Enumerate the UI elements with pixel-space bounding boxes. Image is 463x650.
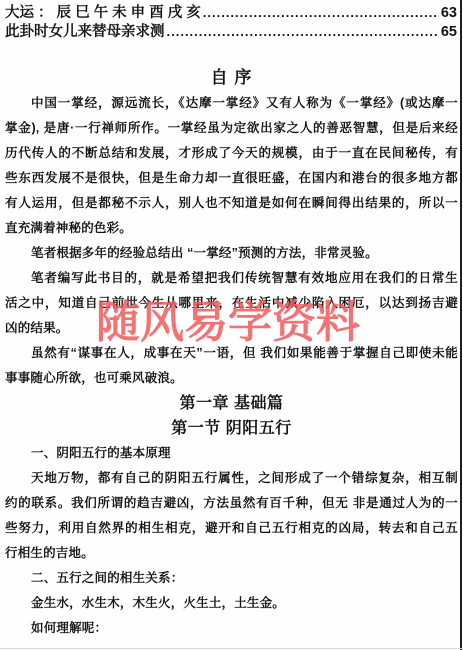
- text-line: 直充满着神秘的色彩。: [5, 216, 458, 241]
- text-line: 二、五行之间的相生关系：: [5, 566, 458, 591]
- text-line: 一、阴阳五行的基本原理: [5, 441, 458, 466]
- toc-entry-label: 大运 ： 辰 巳 午 未 申 酉 戌 亥: [5, 4, 201, 23]
- toc-page-number: 65: [441, 23, 457, 42]
- page-title: 自 序: [0, 65, 463, 91]
- text-line: 历代传人的不断总结和发展，才形成了今天的规模，由于一直在民间秘传，有: [5, 141, 458, 166]
- heading-line: 第一章 基础篇: [5, 391, 458, 416]
- text-line: 中国一掌经，源远流长，《达摩一掌经》又有人称为《一掌经》(或达摩一: [5, 91, 458, 116]
- text-line: 金生水，水生木，木生火，火生土，土生金。: [5, 591, 458, 616]
- text-line: 凶的结果。: [5, 316, 458, 341]
- text-line: 些努力，利用自然界的相生相克，避开和自己五行相克的凶局，转去和自己五: [5, 516, 458, 541]
- toc-dot-leader: ........................................…: [167, 22, 439, 41]
- text-line: 行相生的吉地。: [5, 541, 458, 566]
- text-line: 笔者根据多年的经验总结出 “一掌经”预测的方法，非常灵验。: [5, 241, 458, 266]
- text-line: 活之中，知道自己前世今生从哪里来，在生活中减少陷入困厄，以达到扬吉避: [5, 291, 458, 316]
- text-line: 如何理解呢：: [5, 616, 458, 641]
- toc-entry: 大运 ： 辰 巳 午 未 申 酉 戌 亥....................…: [5, 3, 457, 22]
- text-line: 事事随心所欲，也可乘风破浪。: [5, 366, 458, 391]
- toc-page-number: 63: [441, 4, 457, 23]
- toc-entry: 此卦时女儿来替母亲求测.............................…: [5, 22, 457, 41]
- toc: 大运 ： 辰 巳 午 未 申 酉 戌 亥....................…: [0, 0, 463, 41]
- toc-dot-leader: ........................................…: [203, 3, 439, 22]
- text-line: 有人运用，但是都秘不示人，别人也不知道是如何在瞬间得出结果的，所以一: [5, 191, 458, 216]
- heading-line: 第一节 阴阳五行: [5, 416, 458, 441]
- toc-entry-label: 此卦时女儿来替母亲求测: [5, 23, 165, 42]
- text-line: 笔者编写此书目的，就是希望把我们传统智慧有效地应用在我们的日常生: [5, 266, 458, 291]
- scanned-document-page: 大运 ： 辰 巳 午 未 申 酉 戌 亥....................…: [0, 0, 463, 650]
- text-line: 天地万物，都有自己的阴阳五行属性，之间形成了一个错综复杂，相互制: [5, 466, 458, 491]
- text-line: 些东西发展不是很快，但是生命力却一直很旺盛，在国内和港台的很多地方都: [5, 166, 458, 191]
- text-line: 掌金), 是唐·一行禅师所作。一掌经虽为定欲出家之人的善恶智慧，但是后来经: [5, 116, 458, 141]
- text-line: 约的联系。我们所谓的趋吉避凶，方法虽然有百千种，但无 非是通过人为的一: [5, 491, 458, 516]
- text-line: 虽然有“谋事在人，成事在天”一语，但 我们如果能善于掌握自己即使未能: [5, 341, 458, 366]
- document-body: 中国一掌经，源远流长，《达摩一掌经》又有人称为《一掌经》(或达摩一掌金), 是唐…: [0, 91, 463, 641]
- scan-edge-bottom-line: [0, 648, 463, 649]
- scan-border-right-line: [460, 0, 462, 650]
